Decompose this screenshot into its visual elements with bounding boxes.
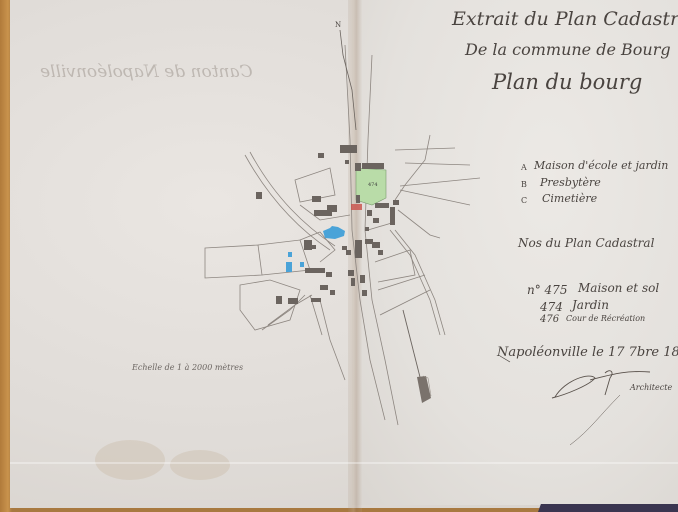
signature-mark bbox=[552, 371, 650, 445]
north-line bbox=[340, 30, 356, 130]
parcel-label: 474 bbox=[368, 182, 378, 188]
red-marker bbox=[351, 204, 362, 210]
date-flourish bbox=[500, 356, 510, 362]
cadastral-map: 474 bbox=[0, 0, 678, 512]
compass-arrow bbox=[403, 310, 431, 403]
